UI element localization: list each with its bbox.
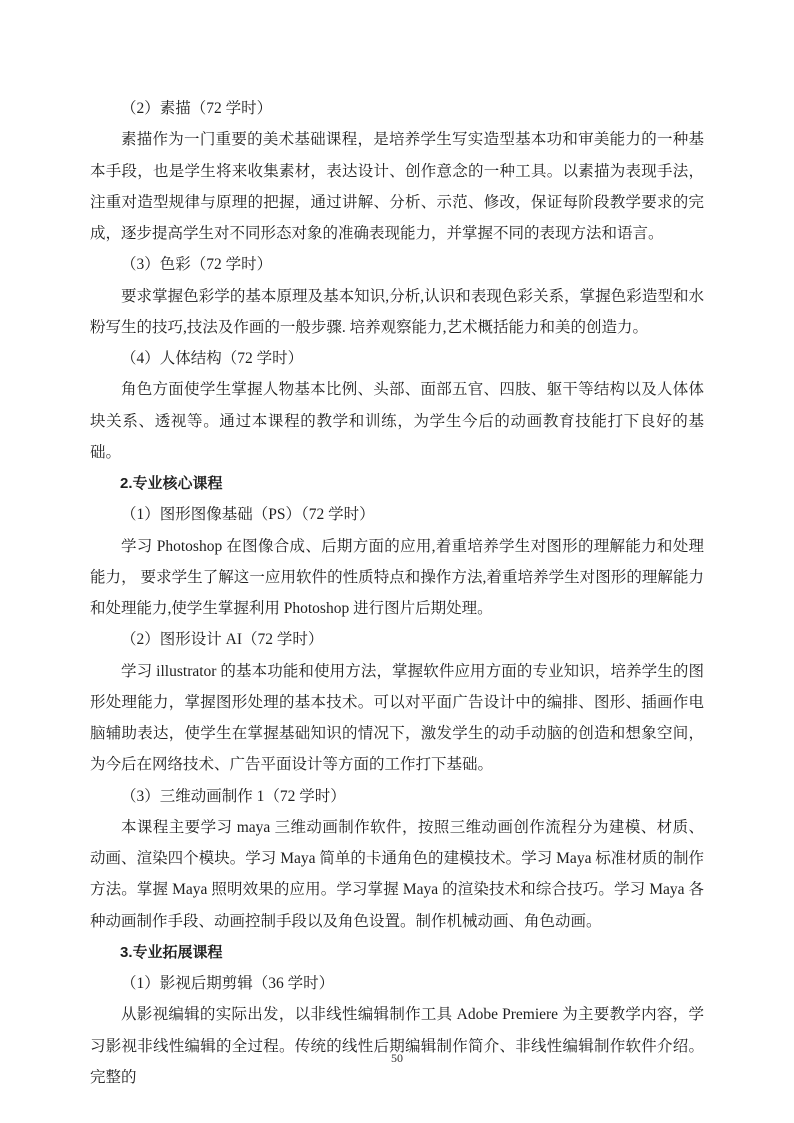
paragraph-anatomy-description: 角色方面使学生掌握人物基本比例、头部、面部五官、四肢、躯干等结构以及人体体块关系…: [90, 374, 704, 468]
paragraph-maya-description: 本课程主要学习 maya 三维动画制作软件，按照三维动画创作流程分为建模、材质、…: [90, 812, 704, 937]
section-heading-core-courses: 2.专业核心课程: [90, 468, 704, 499]
page-number: 50: [391, 1051, 403, 1065]
paragraph-premiere-description: 从影视编辑的实际出发，以非线性编辑制作工具 Adobe Premiere 为主要…: [90, 999, 704, 1093]
section-heading-extended-courses: 3.专业拓展课程: [90, 937, 704, 968]
course-heading-sketch: （2）素描（72 学时）: [90, 93, 704, 124]
paragraph-illustrator-description: 学习 illustrator 的基本功能和使用方法，掌握软件应用方面的专业知识，…: [90, 656, 704, 781]
course-heading-illustrator: （2）图形设计 AI（72 学时）: [90, 624, 704, 655]
course-heading-video-editing: （1）影视后期剪辑（36 学时）: [90, 968, 704, 999]
course-heading-3d-animation: （3）三维动画制作 1（72 学时）: [90, 781, 704, 812]
course-heading-photoshop: （1）图形图像基础（PS）（72 学时）: [90, 499, 704, 530]
paragraph-color-description: 要求掌握色彩学的基本原理及基本知识,分析,认识和表现色彩关系，掌握色彩造型和水粉…: [90, 281, 704, 344]
document-page: （2）素描（72 学时） 素描作为一门重要的美术基础课程，是培养学生写实造型基本…: [0, 0, 794, 1123]
course-heading-anatomy: （4）人体结构（72 学时）: [90, 343, 704, 374]
course-heading-color: （3）色彩（72 学时）: [90, 249, 704, 280]
paragraph-sketch-description: 素描作为一门重要的美术基础课程，是培养学生写实造型基本功和审美能力的一种基本手段…: [90, 124, 704, 249]
paragraph-photoshop-description: 学习 Photoshop 在图像合成、后期方面的应用,着重培养学生对图形的理解能…: [90, 531, 704, 625]
page-footer: 50: [0, 1050, 794, 1066]
